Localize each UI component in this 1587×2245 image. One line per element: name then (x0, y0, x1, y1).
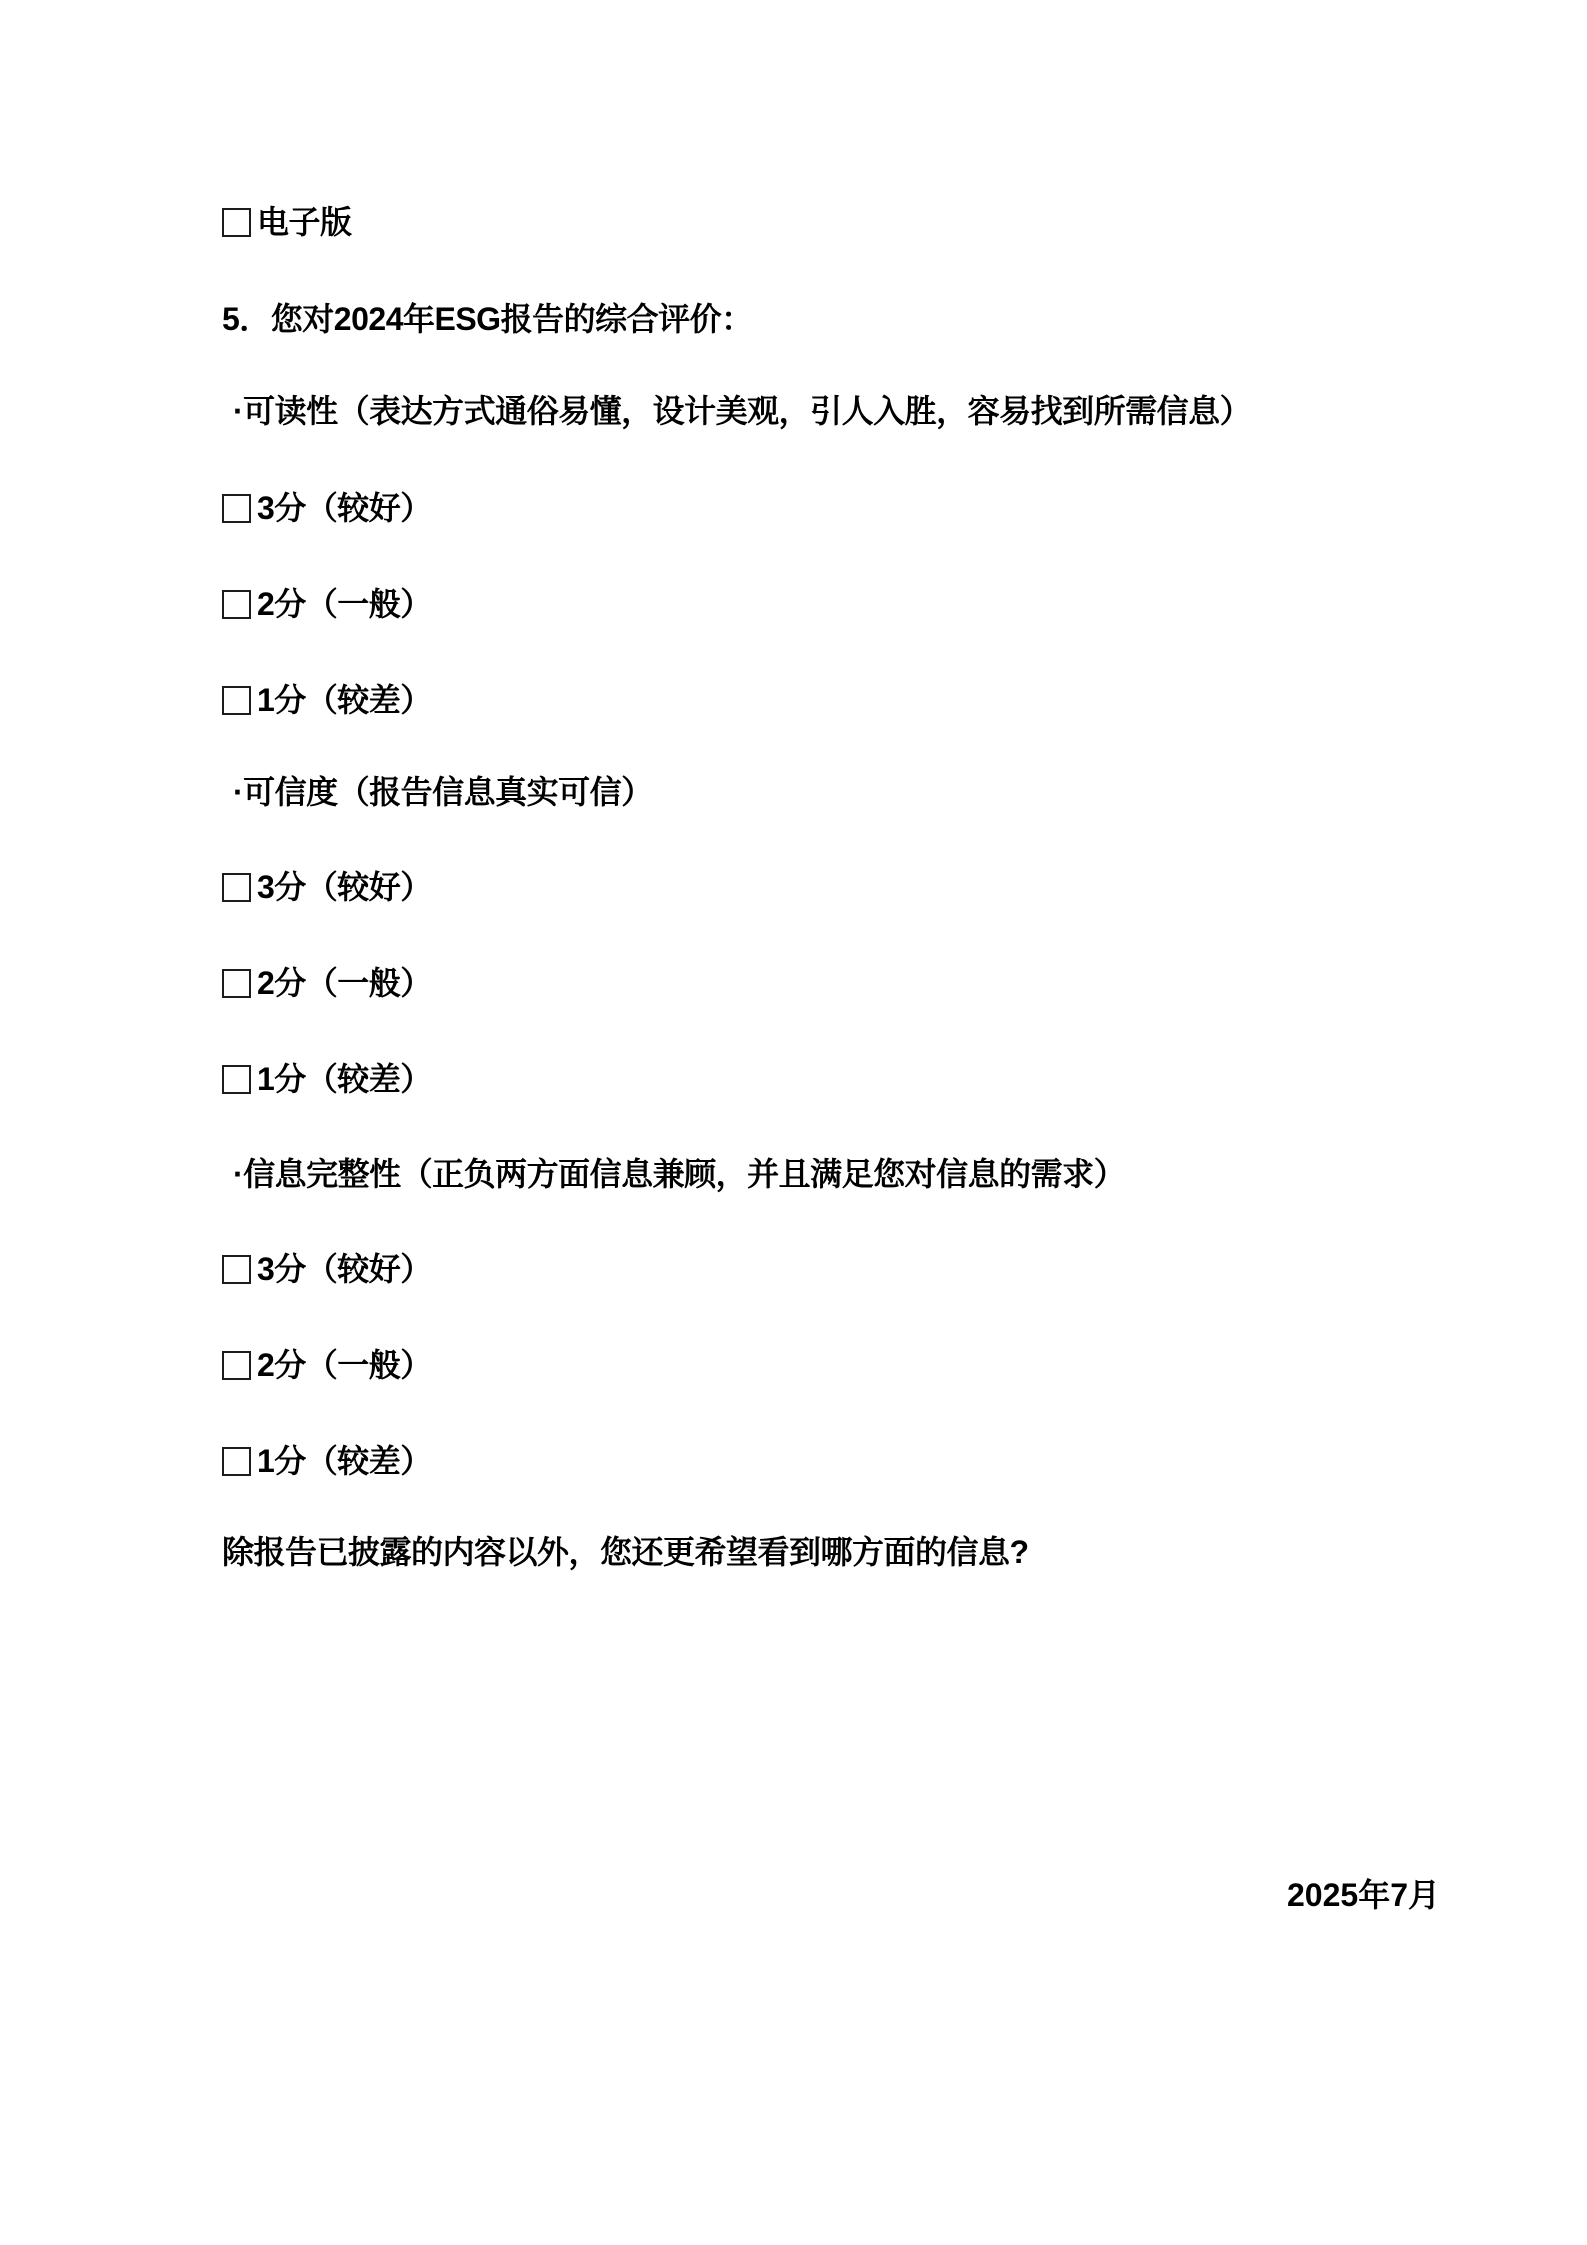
checkbox-icon[interactable] (222, 873, 251, 902)
option-label: 2分（一般） (257, 586, 432, 622)
criterion-credibility-label: ·可信度（报告信息真实可信） (233, 773, 653, 811)
criterion-completeness-label: ·信息完整性（正负两方面信息兼顾，并且满足您对信息的需求） (233, 1155, 1125, 1193)
checkbox-icon[interactable] (222, 1447, 251, 1476)
document-page: 电子版 5．您对2024年ESG报告的综合评价： ·可读性（表达方式通俗易懂，设… (0, 0, 1587, 2245)
readability-option-2-points[interactable]: 2分（一般） (222, 585, 432, 623)
credibility-option-2-points[interactable]: 2分（一般） (222, 964, 432, 1002)
checkbox-icon[interactable] (222, 494, 251, 523)
readability-option-3-points[interactable]: 3分（较好） (222, 489, 432, 527)
open-question-text: 除报告已披露的内容以外，您还更希望看到哪方面的信息? (222, 1533, 1029, 1571)
criterion-readability-label: ·可读性（表达方式通俗易懂，设计美观，引人入胜，容易找到所需信息） (233, 392, 1251, 430)
checkbox-icon[interactable] (222, 1351, 251, 1380)
checkbox-icon[interactable] (222, 686, 251, 715)
option-label: 2分（一般） (257, 1347, 432, 1383)
option-label: 1分（较差） (257, 682, 432, 718)
checkbox-icon[interactable] (222, 1255, 251, 1284)
readability-option-1-point[interactable]: 1分（较差） (222, 681, 432, 719)
checkbox-icon[interactable] (222, 208, 251, 237)
footer-date: 2025年7月 (1287, 1876, 1440, 1914)
option-label: 2分（一般） (257, 965, 432, 1001)
option-label: 3分（较好） (257, 1251, 432, 1287)
completeness-option-2-points[interactable]: 2分（一般） (222, 1346, 432, 1384)
option-label: 3分（较好） (257, 490, 432, 526)
completeness-option-1-point[interactable]: 1分（较差） (222, 1442, 432, 1480)
checkbox-icon[interactable] (222, 969, 251, 998)
option-label: 1分（较差） (257, 1443, 432, 1479)
checkbox-icon[interactable] (222, 1065, 251, 1094)
checkbox-icon[interactable] (222, 590, 251, 619)
option-label: 电子版 (257, 204, 352, 240)
option-electronic-version[interactable]: 电子版 (222, 203, 352, 241)
option-label: 3分（较好） (257, 869, 432, 905)
credibility-option-3-points[interactable]: 3分（较好） (222, 868, 432, 906)
credibility-option-1-point[interactable]: 1分（较差） (222, 1060, 432, 1098)
question-5-heading: 5．您对2024年ESG报告的综合评价： (222, 300, 753, 338)
option-label: 1分（较差） (257, 1061, 432, 1097)
completeness-option-3-points[interactable]: 3分（较好） (222, 1250, 432, 1288)
